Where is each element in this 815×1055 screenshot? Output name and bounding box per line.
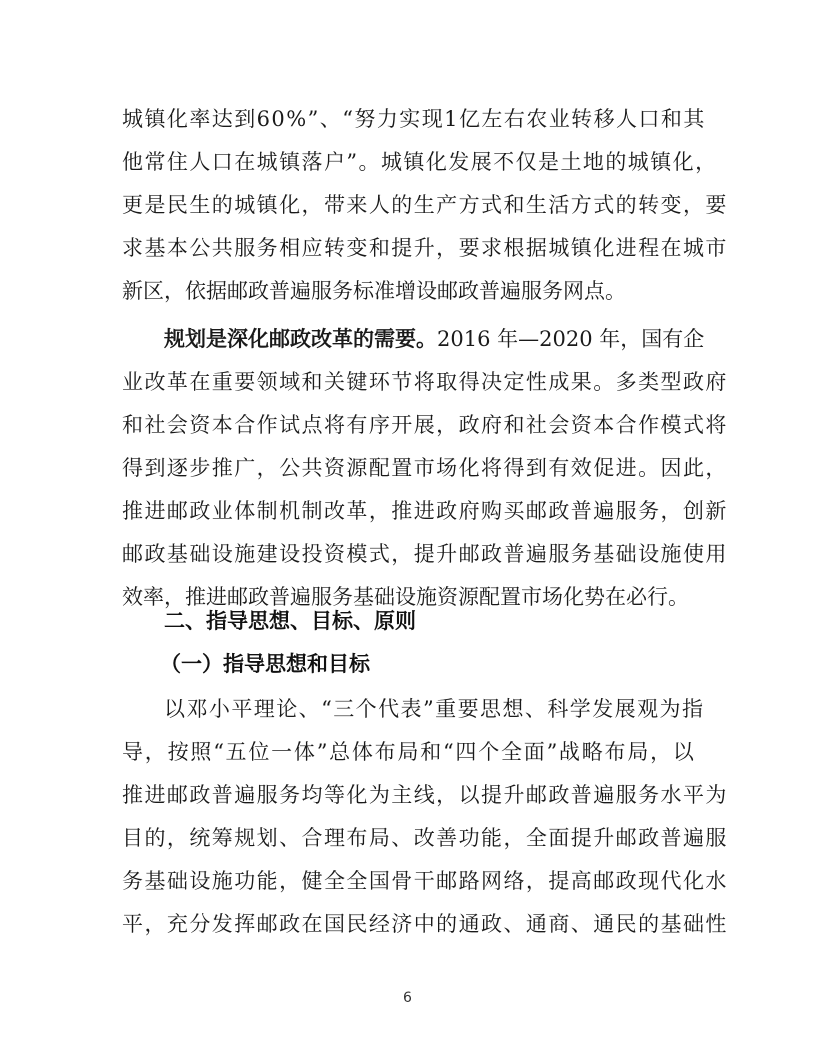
paragraph-line: 新区，依据邮政普遍服务标准增设邮政普遍服务网点。 <box>122 270 694 313</box>
paragraph-lead-line: 以 邓 小 平 理 论 、 “ 三 个 代 表 ” 重 要 思 想 、 科 学 … <box>164 688 694 731</box>
paragraph-line: 务 基 础 设 施 功 能 ， 健 全 全 国 骨 干 邮 路 网 络 ， 提 … <box>122 860 694 903</box>
paragraph-line: 得 到 逐 步 推 广 ， 公 共 资 源 配 置 市 场 化 将 得 到 有 … <box>122 447 694 490</box>
document-page: 城 镇 化 率 达 到 6 0 % ” 、 “ 努 力 实 现 1 亿 左 右 … <box>0 0 815 1055</box>
paragraph-line: 邮 政 基 础 设 施 建 设 投 资 模 式 ， 提 升 邮 政 普 遍 服 … <box>122 533 694 576</box>
subsection-heading: （一）指导思想和目标 <box>160 643 370 686</box>
paragraph-lead-line: 规划是深化邮政改革的需要。2016 年—2020 年，国有企 <box>164 318 694 361</box>
paragraph-line: 推 进 邮 政 业 体 制 机 制 改 革 ， 推 进 政 府 购 买 邮 政 … <box>122 490 694 533</box>
paragraph-lead-text: 2016 年—2020 年，国有企 <box>437 327 704 351</box>
section-heading: 二、指导思想、目标、原则 <box>164 600 416 643</box>
paragraph-line: 平 ， 充 分 发 挥 邮 政 在 国 民 经 济 中 的 通 政 、 通 商 … <box>122 903 694 946</box>
paragraph-line: 导 ， 按 照 “ 五 位 一 体 ” 总 体 布 局 和 “ 四 个 全 面 … <box>122 731 694 774</box>
paragraph-line: 和 社 会 资 本 合 作 试 点 将 有 序 开 展 ， 政 府 和 社 会 … <box>122 404 694 447</box>
paragraph-line: 推 进 邮 政 普 遍 服 务 均 等 化 为 主 线 ， 以 提 升 邮 政 … <box>122 774 694 817</box>
page-number: 6 <box>0 990 815 1006</box>
paragraph-line: 目 的 ， 统 筹 规 划 、 合 理 布 局 、 改 善 功 能 ， 全 面 … <box>122 817 694 860</box>
paragraph-line: 城 镇 化 率 达 到 6 0 % ” 、 “ 努 力 实 现 1 亿 左 右 … <box>122 98 694 141</box>
paragraph-line: 他 常 住 人 口 在 城 镇 落 户 ” 。 城 镇 化 发 展 不 仅 是 … <box>122 141 694 184</box>
paragraph-line: 业 改 革 在 重 要 领 域 和 关 键 环 节 将 取 得 决 定 性 成 … <box>122 361 694 404</box>
paragraph-lead-bold: 规划是深化邮政改革的需要。 <box>164 327 437 351</box>
paragraph-line: 求 基 本 公 共 服 务 相 应 转 变 和 提 升 ， 要 求 根 据 城 … <box>122 227 694 270</box>
paragraph-line: 更 是 民 生 的 城 镇 化 ， 带 来 人 的 生 产 方 式 和 生 活 … <box>122 184 694 227</box>
